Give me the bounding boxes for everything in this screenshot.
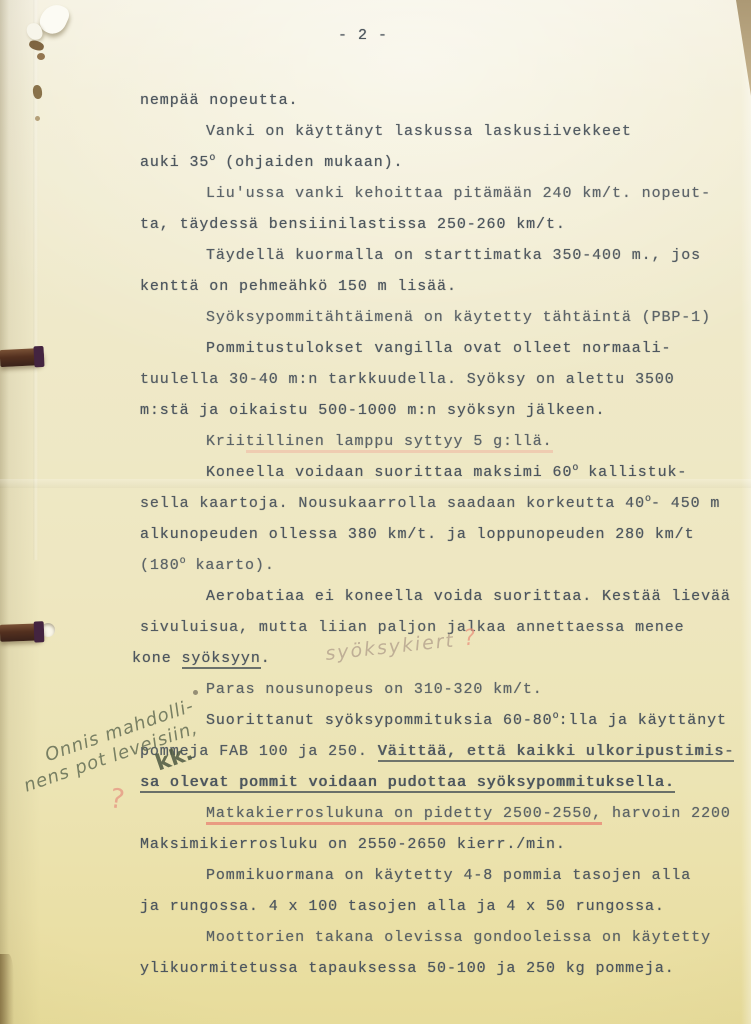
typed-text-segment: Vanki on käyttänyt laskussa laskusiivekk… [206, 123, 632, 140]
typed-line: Kriitillinen lamppu syttyy 5 g:llä. [140, 426, 740, 457]
typed-line: tuulella 30-40 m:n tarkkuudella. Syöksy … [140, 364, 740, 395]
typed-text-segment: sella kaartoja. Nousukaarrolla saadaan k… [140, 495, 645, 512]
typed-line: Pommitustulokset vangilla ovat olleet no… [140, 333, 740, 364]
typed-text-segment: ta, täydessä bensiinilastissa 250-260 km… [140, 216, 566, 233]
typed-text-segment: auki 35 [140, 154, 209, 171]
typed-line: Aerobatiaa ei koneella voida suorittaa. … [140, 581, 740, 612]
typed-line: sella kaartoja. Nousukaarrolla saadaan k… [140, 488, 740, 519]
typed-text-segment: tuulella 30-40 m:n tarkkuudella. Syöksy … [140, 371, 675, 388]
typed-text-segment: ja rungossa. 4 x 100 tasojen alla ja 4 x… [140, 898, 665, 915]
typed-line: ja rungossa. 4 x 100 tasojen alla ja 4 x… [140, 891, 740, 922]
underlined-text: Matkakierroslukuna on pidetty 2500-2550, [206, 805, 602, 825]
typed-text-segment: Aerobatiaa ei koneella voida suorittaa. … [206, 588, 731, 605]
typed-line: ta, täydessä bensiinilastissa 250-260 km… [140, 209, 740, 240]
typed-line: m:stä ja oikaistu 500-1000 m:n syöksyn j… [140, 395, 740, 426]
typed-text-segment: nempää nopeutta. [140, 92, 298, 109]
typed-line: ylikuormitetussa tapauksessa 50-100 ja 2… [140, 953, 740, 984]
typed-text-segment: kallistuk- [578, 464, 687, 481]
handwritten-question-mark: ? [463, 625, 479, 651]
typed-line: (180o kaarto). [140, 550, 740, 581]
typed-text-segment: . [261, 650, 271, 667]
scanned-document-page: - 2 - nempää nopeutta.Vanki on käyttänyt… [0, 0, 751, 1024]
typed-text-segment: Moottorien takana olevissa gondooleissa … [206, 929, 711, 946]
typed-text-segment: alkunopeuden ollessa 380 km/t. ja loppun… [140, 526, 694, 543]
typed-text-segment: :lla ja käyttänyt [559, 712, 727, 729]
underlined-text: syöksyyn [182, 650, 261, 669]
binding-thread-top [0, 348, 44, 367]
typed-text-segment: (ohjaiden mukaan). [215, 154, 403, 171]
underlined-text: sa olevat pommit voidaan pudottaa syöksy… [140, 774, 675, 793]
underlined-text: tillinen lamppu syttyy 5 g:llä. [246, 433, 553, 453]
typed-line: Pommikuormana on käytetty 4-8 pommia tas… [140, 860, 740, 891]
typed-text-segment: o [180, 546, 186, 577]
typed-text: nempää nopeutta.Vanki on käyttänyt lasku… [140, 85, 740, 984]
typed-text-segment: o [645, 484, 651, 515]
typed-line: sa olevat pommit voidaan pudottaa syöksy… [140, 767, 740, 798]
typed-text-segment: kaarto). [186, 557, 275, 574]
typed-text-segment: o [553, 701, 559, 732]
typed-text-segment: ylikuormitetussa tapauksessa 50-100 ja 2… [140, 960, 675, 977]
typed-line: alkunopeuden ollessa 380 km/t. ja loppun… [140, 519, 740, 550]
typed-text-segment: kenttä on pehmeähkö 150 m lisää. [140, 278, 457, 295]
typed-line: Täydellä kuormalla on starttimatka 350-4… [140, 240, 740, 271]
typed-text-segment: Maksimikierrosluku on 2550-2650 kierr./m… [140, 836, 566, 853]
typed-line: auki 35o (ohjaiden mukaan). [140, 147, 740, 178]
typed-text-segment: o [572, 453, 578, 484]
typed-line: Vanki on käyttänyt laskussa laskusiivekk… [140, 116, 740, 147]
typed-text-segment: kone [132, 650, 182, 667]
typed-text-segment: Pommikuormana on käytetty 4-8 pommia tas… [206, 867, 691, 884]
underlined-text: Väittää, että kaikki ulkoripustimis- [378, 743, 734, 762]
typed-text-segment: - 450 m [651, 495, 720, 512]
typed-text-segment: Liu'ussa vanki kehoittaa pitämään 240 km… [206, 185, 711, 202]
typed-text-segment: Täydellä kuormalla on starttimatka 350-4… [206, 247, 701, 264]
typed-text-segment: o [209, 143, 215, 174]
typed-line: Maksimikierrosluku on 2550-2650 kierr./m… [140, 829, 740, 860]
typed-text-segment: harvoin 2200 [602, 805, 731, 822]
typed-line: kenttä on pehmeähkö 150 m lisää. [140, 271, 740, 302]
paper-speck [37, 53, 45, 60]
typed-line: Matkakierroslukuna on pidetty 2500-2550,… [140, 798, 740, 829]
typed-text-segment: Syöksypommitähtäimenä on käytetty tähtäi… [206, 309, 711, 326]
typed-line: nempää nopeutta. [140, 85, 740, 116]
typed-text-segment: (180 [140, 557, 180, 574]
paper-speck [35, 116, 40, 121]
typed-line: Syöksypommitähtäimenä on käytetty tähtäi… [140, 302, 740, 333]
typed-text-segment: Pommitustulokset vangilla ovat olleet no… [206, 340, 671, 357]
typed-line: Liu'ussa vanki kehoittaa pitämään 240 km… [140, 178, 740, 209]
binding-thread-bottom [0, 623, 44, 642]
pencil-dot [193, 690, 198, 695]
typed-line: Moottorien takana olevissa gondooleissa … [140, 922, 740, 953]
typed-text-segment: Koneella voidaan suorittaa maksimi 60 [206, 464, 572, 481]
typed-text-segment: Krii [206, 433, 246, 450]
page-number: - 2 - [338, 27, 388, 44]
typed-text-segment: m:stä ja oikaistu 500-1000 m:n syöksyn j… [140, 402, 605, 419]
bottom-left-worn-edge [0, 954, 14, 1024]
